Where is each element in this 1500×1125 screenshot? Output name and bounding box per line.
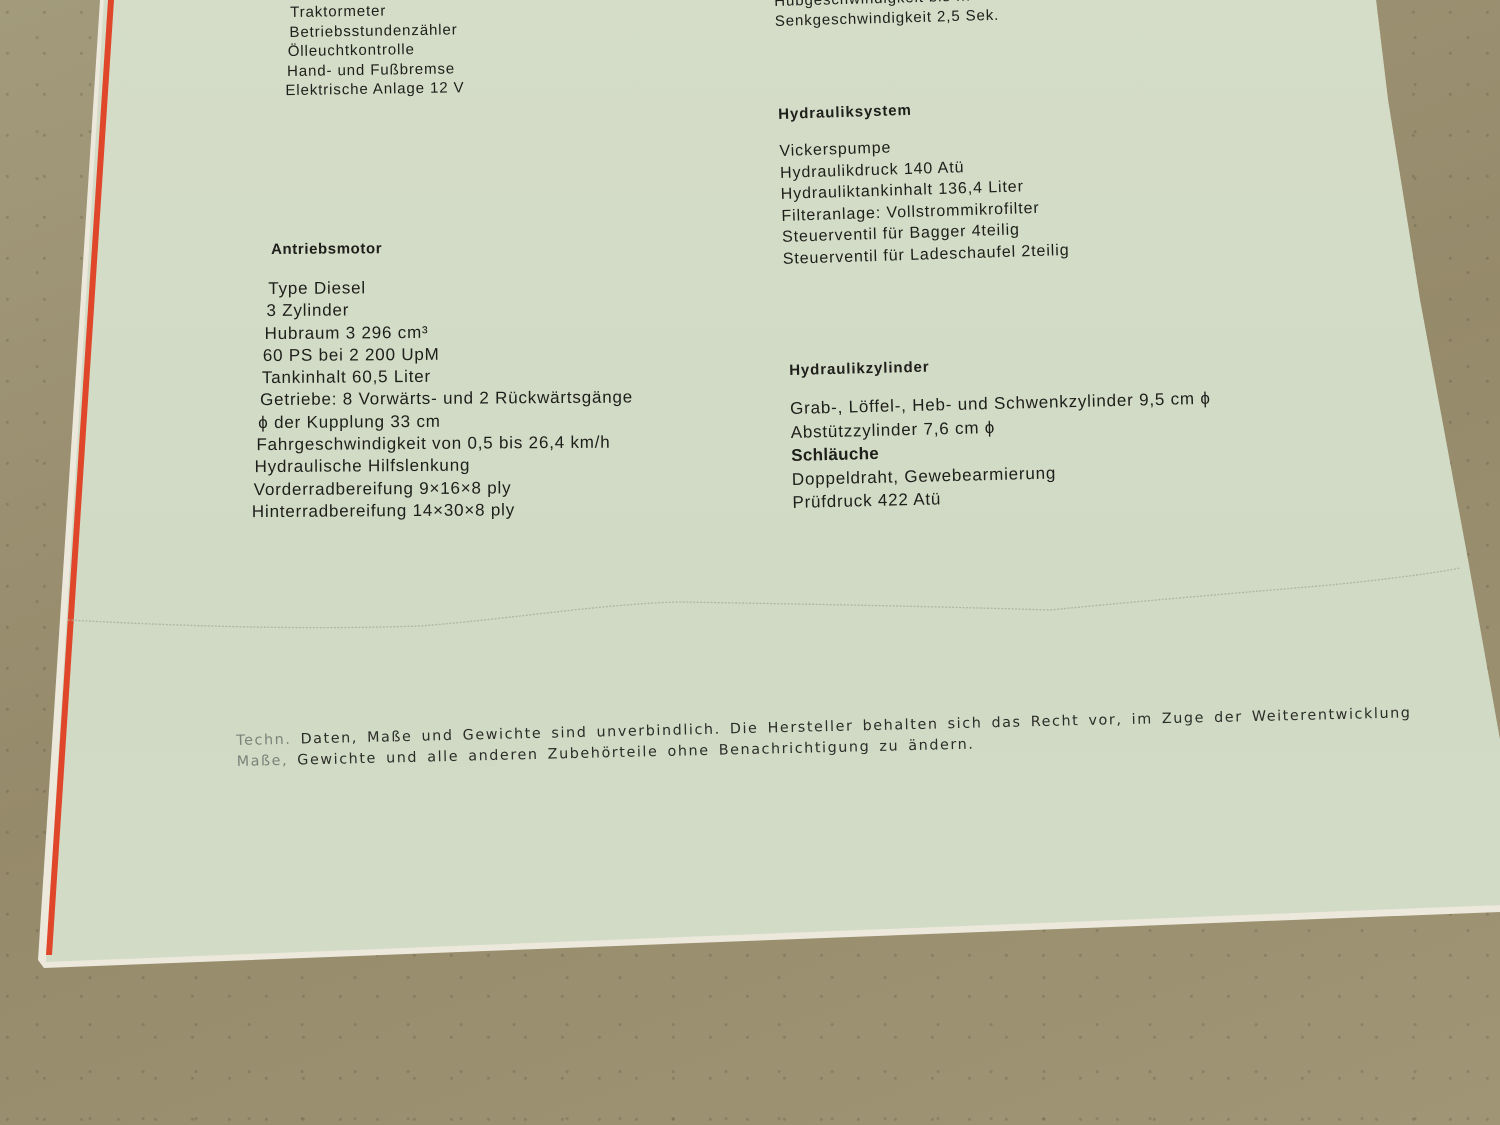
spec-line: Fahrgeschwindigkeit von 0,5 bis 26,4 km/… xyxy=(256,432,633,457)
spec-line: Vorderradbereifung 9×16×8 ply xyxy=(254,476,634,501)
instruments-list: Traktormeter Betriebsstundenzähler Ölleu… xyxy=(290,0,465,101)
spec-line: Hubraum 3 296 cm³ xyxy=(265,320,633,345)
spec-line: Traktormeter xyxy=(290,0,463,22)
engine-section: Antriebsmotor Type Diesel 3 Zylinder Hub… xyxy=(271,238,634,523)
spec-line: Getriebe: 8 Vorwärts- und 2 Rückwärtsgän… xyxy=(260,387,633,412)
spec-line: Tankinhalt 60,5 Liter xyxy=(262,365,633,390)
spec-line: Ölleuchtkontrolle xyxy=(288,39,464,61)
hydraulic-cylinders-section: Hydraulikzylinder Grab-, Löffel-, Heb- u… xyxy=(789,352,1213,515)
hydraulic-system-section: Hydrauliksystem Vickerspumpe Hydraulikdr… xyxy=(778,97,1070,270)
section-heading: Antriebsmotor xyxy=(271,238,632,259)
spec-line: 60 PS bei 2 200 UpM xyxy=(263,342,633,367)
spec-line: Type Diesel xyxy=(268,275,632,300)
spec-line: Hinterradbereifung 14×30×8 ply xyxy=(252,498,634,523)
spec-line: ϕ der Kupplung 33 cm xyxy=(258,409,633,434)
disclaimer-lead: Maße, xyxy=(237,753,289,770)
spec-line: 3 Zylinder xyxy=(266,298,632,323)
spec-line: Betriebsstundenzähler xyxy=(289,20,463,42)
spec-line: Elektrische Anlage 12 V xyxy=(285,79,464,101)
spec-line: Hydraulische Hilfslenkung xyxy=(255,454,634,479)
disclaimer-lead: Techn. xyxy=(236,732,292,749)
